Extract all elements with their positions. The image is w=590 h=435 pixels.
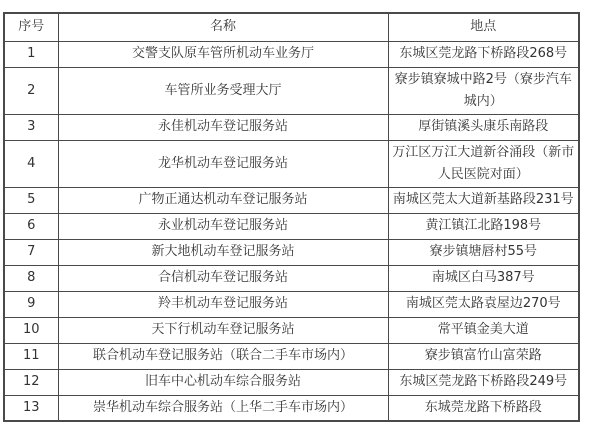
table-row: 9 羚丰机动车登记服务站 南城区莞太路袁屋边270号 bbox=[4, 291, 579, 317]
row-name-cell: 合信机动车登记服务站 bbox=[58, 265, 388, 291]
row-number-cell: 13 bbox=[4, 395, 58, 421]
row-name-cell: 永佳机动车登记服务站 bbox=[58, 114, 388, 140]
row-location-cell: 常平镇金美大道 bbox=[388, 317, 579, 343]
row-number-cell: 12 bbox=[4, 369, 58, 395]
row-name-cell: 天下行机动车登记服务站 bbox=[58, 317, 388, 343]
row-number-cell: 9 bbox=[4, 291, 58, 317]
table-row: 4 龙华机动车登记服务站 万江区万江大道新谷涌段（新市人民医院对面） bbox=[4, 140, 579, 187]
vehicle-registration-stations-table: 序号 名称 地点 1 交警支队原车管所机动车业务厅 东城区莞龙路下桥路段268号… bbox=[3, 12, 580, 422]
row-number-cell: 2 bbox=[4, 67, 58, 114]
row-name-cell: 车管所业务受理大厅 bbox=[58, 67, 388, 114]
row-name-cell: 龙华机动车登记服务站 bbox=[58, 140, 388, 187]
row-location-cell: 东城区莞龙路下桥路段268号 bbox=[388, 41, 579, 67]
row-number-cell: 7 bbox=[4, 239, 58, 265]
table-row: 2 车管所业务受理大厅 寮步镇寮城中路2号（寮步汽车城内） bbox=[4, 67, 579, 114]
row-number-cell: 11 bbox=[4, 343, 58, 369]
row-location-cell: 南城区莞太大道新基路段231号 bbox=[388, 187, 579, 213]
row-location-cell: 南城区白马387号 bbox=[388, 265, 579, 291]
column-header-name: 名称 bbox=[58, 13, 388, 41]
row-location-cell: 南城区莞太路袁屋边270号 bbox=[388, 291, 579, 317]
table-row: 7 新大地机动车登记服务站 寮步镇塘唇村55号 bbox=[4, 239, 579, 265]
table-row: 5 广物正通达机动车登记服务站 南城区莞太大道新基路段231号 bbox=[4, 187, 579, 213]
row-name-cell: 旧车中心机动车综合服务站 bbox=[58, 369, 388, 395]
table-body: 1 交警支队原车管所机动车业务厅 东城区莞龙路下桥路段268号 2 车管所业务受… bbox=[4, 41, 579, 421]
row-location-cell: 寮步镇塘唇村55号 bbox=[388, 239, 579, 265]
table-row: 10 天下行机动车登记服务站 常平镇金美大道 bbox=[4, 317, 579, 343]
row-name-cell: 联合机动车登记服务站（联合二手车市场内） bbox=[58, 343, 388, 369]
table-row: 8 合信机动车登记服务站 南城区白马387号 bbox=[4, 265, 579, 291]
row-name-cell: 崇华机动车综合服务站（上华二手车市场内） bbox=[58, 395, 388, 421]
row-location-cell: 寮步镇寮城中路2号（寮步汽车城内） bbox=[388, 67, 579, 114]
table-row: 13 崇华机动车综合服务站（上华二手车市场内） 东城莞龙路下桥路段 bbox=[4, 395, 579, 421]
table-row: 1 交警支队原车管所机动车业务厅 东城区莞龙路下桥路段268号 bbox=[4, 41, 579, 67]
row-number-cell: 10 bbox=[4, 317, 58, 343]
row-location-cell: 寮步镇富竹山富荣路 bbox=[388, 343, 579, 369]
table-row: 11 联合机动车登记服务站（联合二手车市场内） 寮步镇富竹山富荣路 bbox=[4, 343, 579, 369]
row-location-cell: 厚街镇溪头康乐南路段 bbox=[388, 114, 579, 140]
row-name-cell: 广物正通达机动车登记服务站 bbox=[58, 187, 388, 213]
row-number-cell: 8 bbox=[4, 265, 58, 291]
row-number-cell: 3 bbox=[4, 114, 58, 140]
table-row: 6 永业机动车登记服务站 黄江镇江北路198号 bbox=[4, 213, 579, 239]
column-header-location: 地点 bbox=[388, 13, 579, 41]
row-number-cell: 6 bbox=[4, 213, 58, 239]
row-name-cell: 交警支队原车管所机动车业务厅 bbox=[58, 41, 388, 67]
row-name-cell: 永业机动车登记服务站 bbox=[58, 213, 388, 239]
page: 序号 名称 地点 1 交警支队原车管所机动车业务厅 东城区莞龙路下桥路段268号… bbox=[0, 0, 590, 435]
row-number-cell: 1 bbox=[4, 41, 58, 67]
table-row: 12 旧车中心机动车综合服务站 东城区莞龙路下桥路段249号 bbox=[4, 369, 579, 395]
column-header-number: 序号 bbox=[4, 13, 58, 41]
row-name-cell: 新大地机动车登记服务站 bbox=[58, 239, 388, 265]
row-name-cell: 羚丰机动车登记服务站 bbox=[58, 291, 388, 317]
row-location-cell: 黄江镇江北路198号 bbox=[388, 213, 579, 239]
table-row: 3 永佳机动车登记服务站 厚街镇溪头康乐南路段 bbox=[4, 114, 579, 140]
row-number-cell: 5 bbox=[4, 187, 58, 213]
table-header-row: 序号 名称 地点 bbox=[4, 13, 579, 41]
row-location-cell: 东城区莞龙路下桥路段249号 bbox=[388, 369, 579, 395]
row-location-cell: 东城莞龙路下桥路段 bbox=[388, 395, 579, 421]
row-location-cell: 万江区万江大道新谷涌段（新市人民医院对面） bbox=[388, 140, 579, 187]
row-number-cell: 4 bbox=[4, 140, 58, 187]
